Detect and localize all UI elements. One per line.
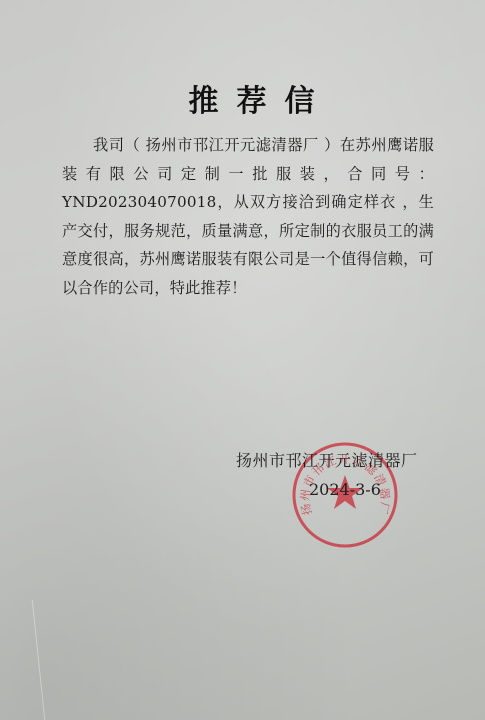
letter-body: 我司（ 扬州市邗江开元滤清器厂 ）在苏州鹰诺服装有限公司定制一批服装，合同号：Y… bbox=[62, 131, 434, 302]
signature-company: 扬州市邗江开元滤清器厂 bbox=[236, 448, 418, 471]
signature-date: 2024-3-6 bbox=[309, 480, 381, 499]
document-title: 推荐信 bbox=[0, 76, 485, 120]
paper-crease bbox=[32, 600, 60, 720]
